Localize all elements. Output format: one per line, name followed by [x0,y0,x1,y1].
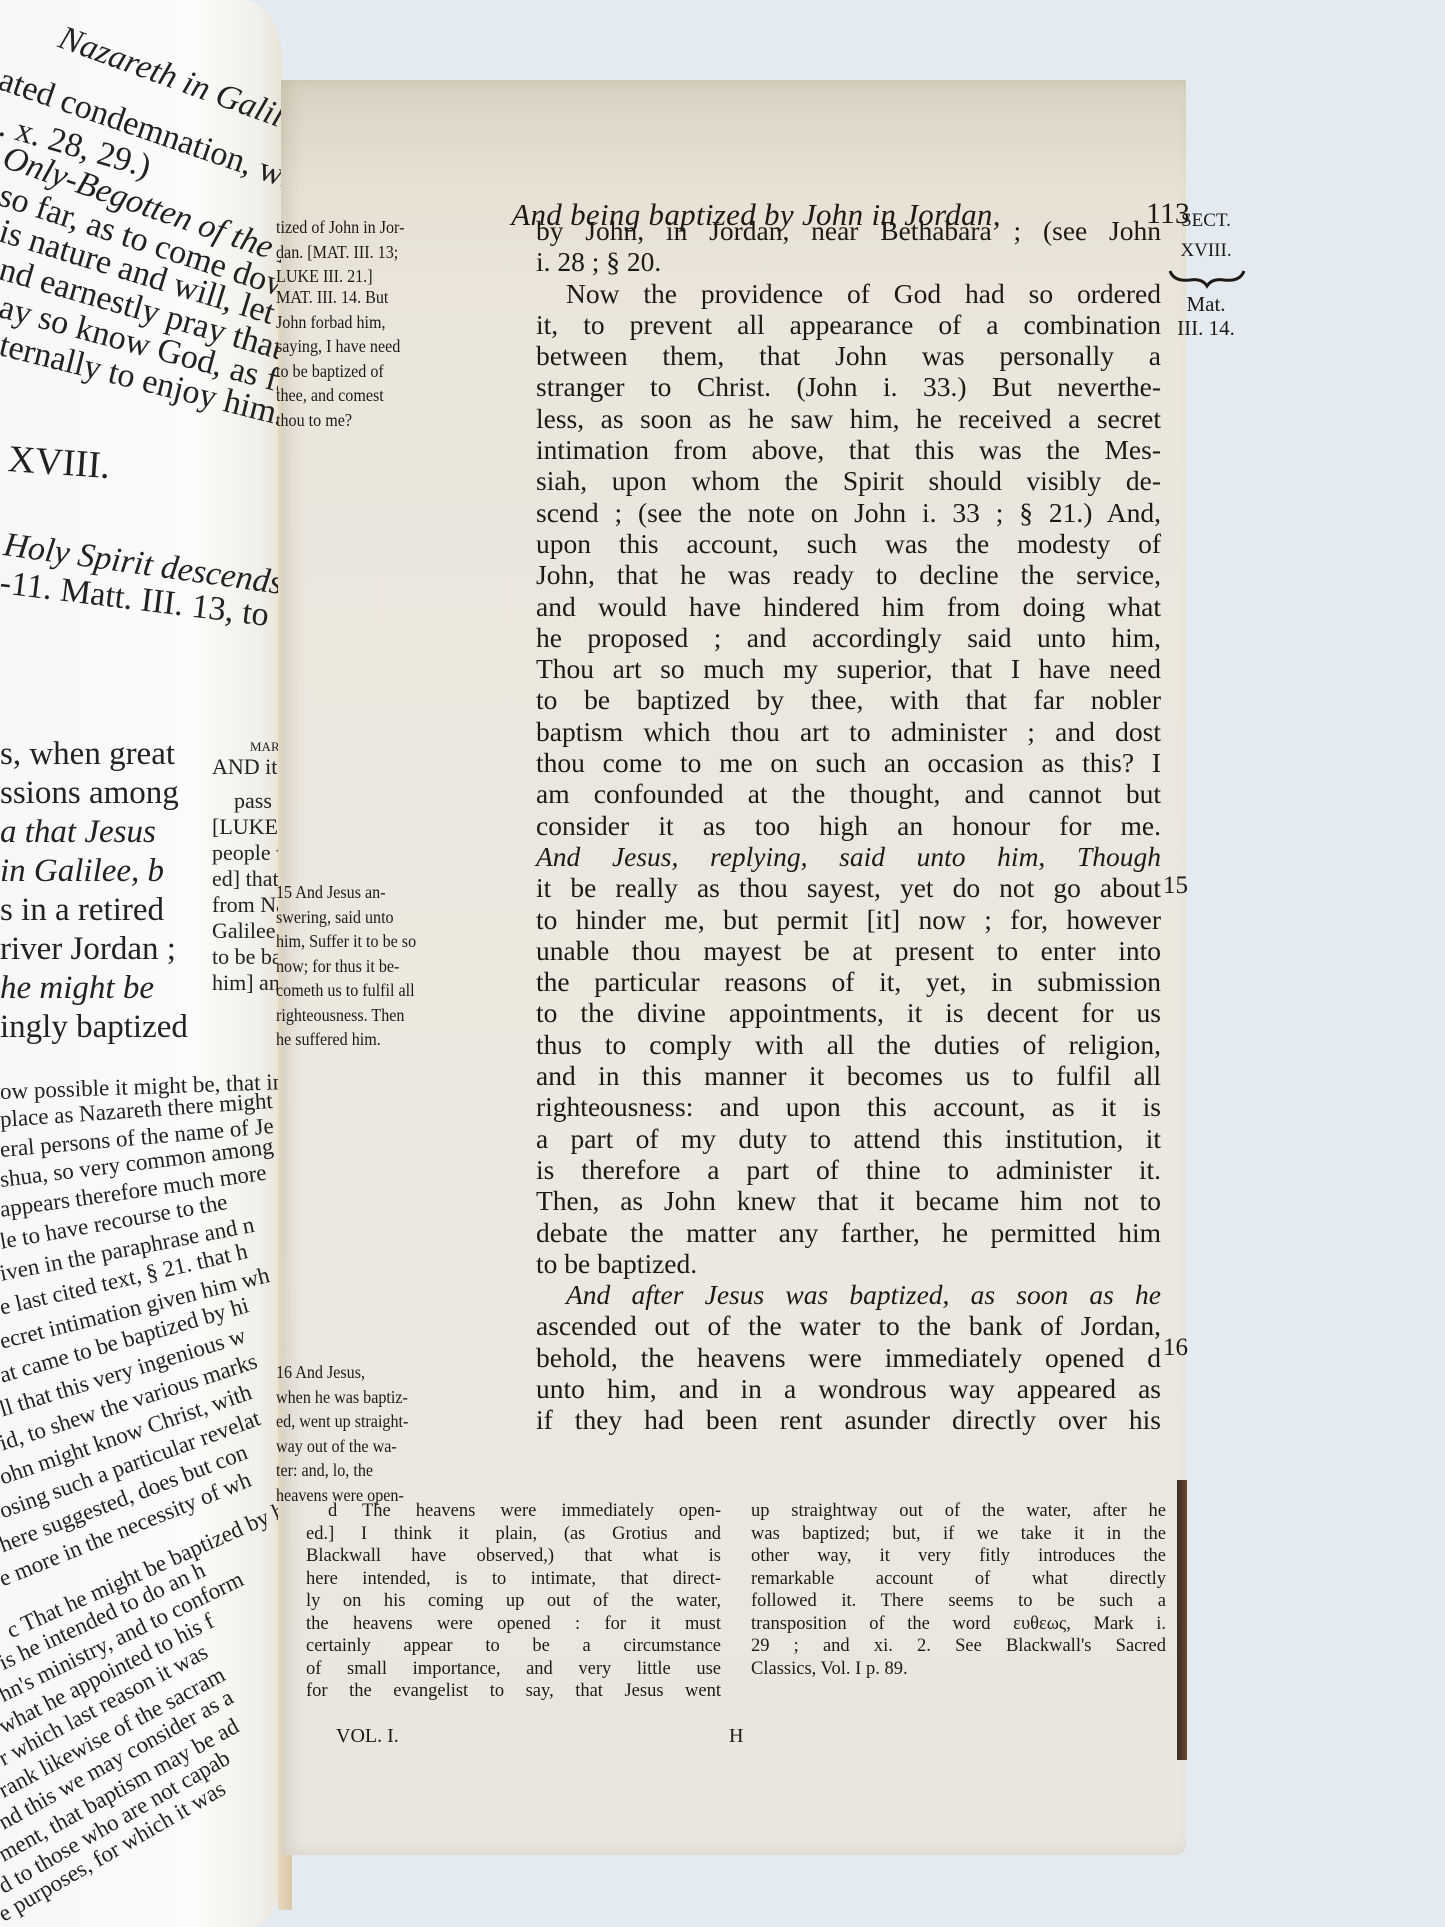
gloss-line: when he was baptiz- [276,1385,469,1410]
gloss-line: John forbad him, [276,310,469,335]
body-line: less, as soon as he saw him, he received… [536,403,1161,434]
gathering-signature-mark: H [729,1725,743,1748]
body-line: a part of my duty to attend this institu… [536,1123,1161,1154]
gloss-line: thou to me? [276,408,469,433]
section-number: XVIII. [1166,238,1246,263]
footnote-line: remarkable account of what directly [751,1568,1166,1591]
body-line: the particular reasons of it, yet, in su… [536,966,1161,997]
scripture-gloss-verse-13: tized of John in Jor- dan. [MAT. III. 13… [276,215,469,289]
gloss-line: he suffered him. [276,1027,469,1052]
body-line: thou come to me on such an occasion as t… [536,747,1161,778]
footnote-line: here intended, is to intimate, that dire… [306,1568,721,1591]
scripture-gloss-verse-14: MAT. III. 14. But John forbad him, sayin… [276,285,469,432]
body-line: ascended out of the water to the bank of… [536,1310,1161,1341]
margin-ref-chapter: III. 14. [1166,316,1246,341]
body-line: am confounded at the thought, and cannot… [536,778,1161,809]
body-line: Then, as John knew that it became him no… [536,1185,1161,1216]
body-line: i. 28 ; § 20. [536,246,1161,277]
curly-brace-ornament [1168,268,1246,290]
gloss-line: thee, and comest [276,383,469,408]
book-page-113: And being baptized by John in Jordan, 11… [281,80,1186,1855]
footnote-line: for the evangelist to say, that Jesus we… [306,1680,721,1703]
body-line: unable thou mayest be at present to ente… [536,935,1161,966]
footnote-line: other way, it very fitly introduces the [751,1545,1166,1568]
gloss-line: now; for thus it be- [276,954,469,979]
leather-binding-edge [1177,1480,1187,1760]
body-line: stranger to Christ. (John i. 33.) But ne… [536,371,1161,402]
section-label: SECT. [1166,208,1246,233]
body-line: Thou art so much my superior, that I hav… [536,653,1161,684]
gloss-line: MAT. III. 14. But [276,285,469,310]
footnote-line: transposition of the word ευθεως, Mark i… [751,1613,1166,1636]
facing-gloss-line: pass in th [234,790,282,812]
body-line: baptism which thou art to administer ; a… [536,716,1161,747]
facing-gloss-line: [LUKE, when [212,816,282,838]
facing-paraphrase-line: s, when great [0,738,175,771]
footnote-line: certainly appear to be a circumstance [306,1635,721,1658]
body-line: consider it as too high an honour for me… [536,810,1161,841]
body-line: between them, that John was personally a [536,340,1161,371]
facing-gloss-line: Galilee [un [212,920,282,942]
body-line: he proposed ; and accordingly said unto … [536,622,1161,653]
paraphrase-body: by John, in Jordan, near Bethabara ; (se… [536,215,1161,1436]
facing-paraphrase-line: ingly baptized [0,1011,188,1044]
facing-paraphrase-line: river Jordan ; [0,933,176,966]
facing-gloss-line: ed] that Jes [212,868,282,890]
gloss-line: righteousness. Then [276,1003,469,1028]
body-line: Now the providence of God had so ordered [536,278,1161,309]
gloss-line: dan. [MAT. III. 13; [276,240,469,265]
body-line: is therefore a part of thine to administ… [536,1154,1161,1185]
body-line: and would have hindered him from doing w… [536,591,1161,622]
body-line: And after Jesus was baptized, as soon as… [536,1279,1161,1310]
facing-gloss-line: from Naza [212,894,282,916]
body-line: scend ; (see the note on John i. 33 ; § … [536,497,1161,528]
footnote-column-right: up straightway out of the water, after h… [751,1500,1166,1680]
scripture-gloss-verse-16: 16 And Jesus, when he was baptiz- ed, we… [276,1360,469,1507]
gloss-line: way out of the wa- [276,1434,469,1459]
body-line: And Jesus, replying, said unto him, Thou… [536,841,1161,872]
gloss-line: saying, I have need [276,334,469,359]
verse-number-16: 16 [1163,1334,1188,1362]
body-line: to the divine appointments, it is decent… [536,997,1161,1028]
footnote-line: ed.] I think it plain, (as Grotius and [306,1523,721,1546]
gloss-line: ed, went up straight- [276,1409,469,1434]
facing-paraphrase-line: s in a retired [0,894,164,927]
facing-page-left: Nazareth in Galilee, ated condemnation, … [0,0,282,1927]
facing-gloss-line: AND it c [212,756,282,778]
body-line: intimation from above, that this was the… [536,434,1161,465]
body-line: debate the matter any farther, he permit… [536,1217,1161,1248]
gloss-line: swering, said unto [276,905,469,930]
facing-gloss-line: to be bapt [212,946,282,968]
body-line: by John, in Jordan, near Bethabara ; (se… [536,215,1161,246]
facing-paraphrase-line: a that Jesus [0,816,156,849]
body-line: behold, the heavens were immediately ope… [536,1342,1161,1373]
body-line: to hinder me, but permit [it] now ; for,… [536,904,1161,935]
body-line: to be baptized by thee, with that far no… [536,684,1161,715]
body-line: righteousness: and upon this account, as… [536,1091,1161,1122]
body-line: it, to prevent all appearance of a combi… [536,309,1161,340]
gloss-line: to be baptized of [276,359,469,384]
body-line: to be baptized. [536,1248,1161,1279]
footnote-line: up straightway out of the water, after h… [751,1500,1166,1523]
body-line: if they had been rent asunder directly o… [536,1404,1161,1435]
footnote-line: d The heavens were immediately open- [306,1500,721,1523]
footnote-line: of small importance, and very little use [306,1658,721,1681]
margin-ref-book: Mat. [1166,292,1246,317]
gloss-line: 15 And Jesus an- [276,880,469,905]
footnote-line: Classics, Vol. I p. 89. [751,1658,1166,1681]
body-line: unto him, and in a wondrous way appeared… [536,1373,1161,1404]
footnote-line: Blackwall have observed,) that what is [306,1545,721,1568]
facing-gloss-line: him] and w [212,972,282,994]
footnote-line: followed it. There seems to be such a [751,1590,1166,1613]
facing-paraphrase-line: he might be [0,972,154,1005]
body-line: it be really as thou sayest, yet do not … [536,872,1161,903]
facing-paraphrase-line: ssions among [0,777,179,810]
footnote-line: the heavens were opened : for it must [306,1613,721,1636]
body-line: thus to comply with all the duties of re… [536,1029,1161,1060]
body-line: upon this account, such was the modesty … [536,528,1161,559]
verse-number-15: 15 [1163,872,1188,900]
facing-paraphrase-line: in Galilee, b [0,855,164,888]
gloss-line: tized of John in Jor- [276,215,469,240]
facing-section-number: XVIII. [7,440,112,485]
body-line: and in this manner it becomes us to fulf… [536,1060,1161,1091]
scripture-gloss-verse-15: 15 And Jesus an- swering, said unto him,… [276,880,469,1052]
facing-gloss-line: people were [212,842,282,864]
footnote-column-left: d The heavens were immediately open- ed.… [306,1500,721,1703]
gloss-line: him, Suffer it to be so [276,929,469,954]
footnote-line: 29 ; and xi. 2. See Blackwall's Sacred [751,1635,1166,1658]
gloss-line: ter: and, lo, the [276,1458,469,1483]
body-line: siah, upon whom the Spirit should visibl… [536,465,1161,496]
gloss-line: 16 And Jesus, [276,1360,469,1385]
gloss-line: cometh us to fulfil all [276,978,469,1003]
body-line: John, that he was ready to decline the s… [536,559,1161,590]
footnote-line: ly on his coming up out of the water, [306,1590,721,1613]
volume-signature: VOL. I. [336,1725,399,1748]
footnote-line: was baptized; but, if we take it in the [751,1523,1166,1546]
